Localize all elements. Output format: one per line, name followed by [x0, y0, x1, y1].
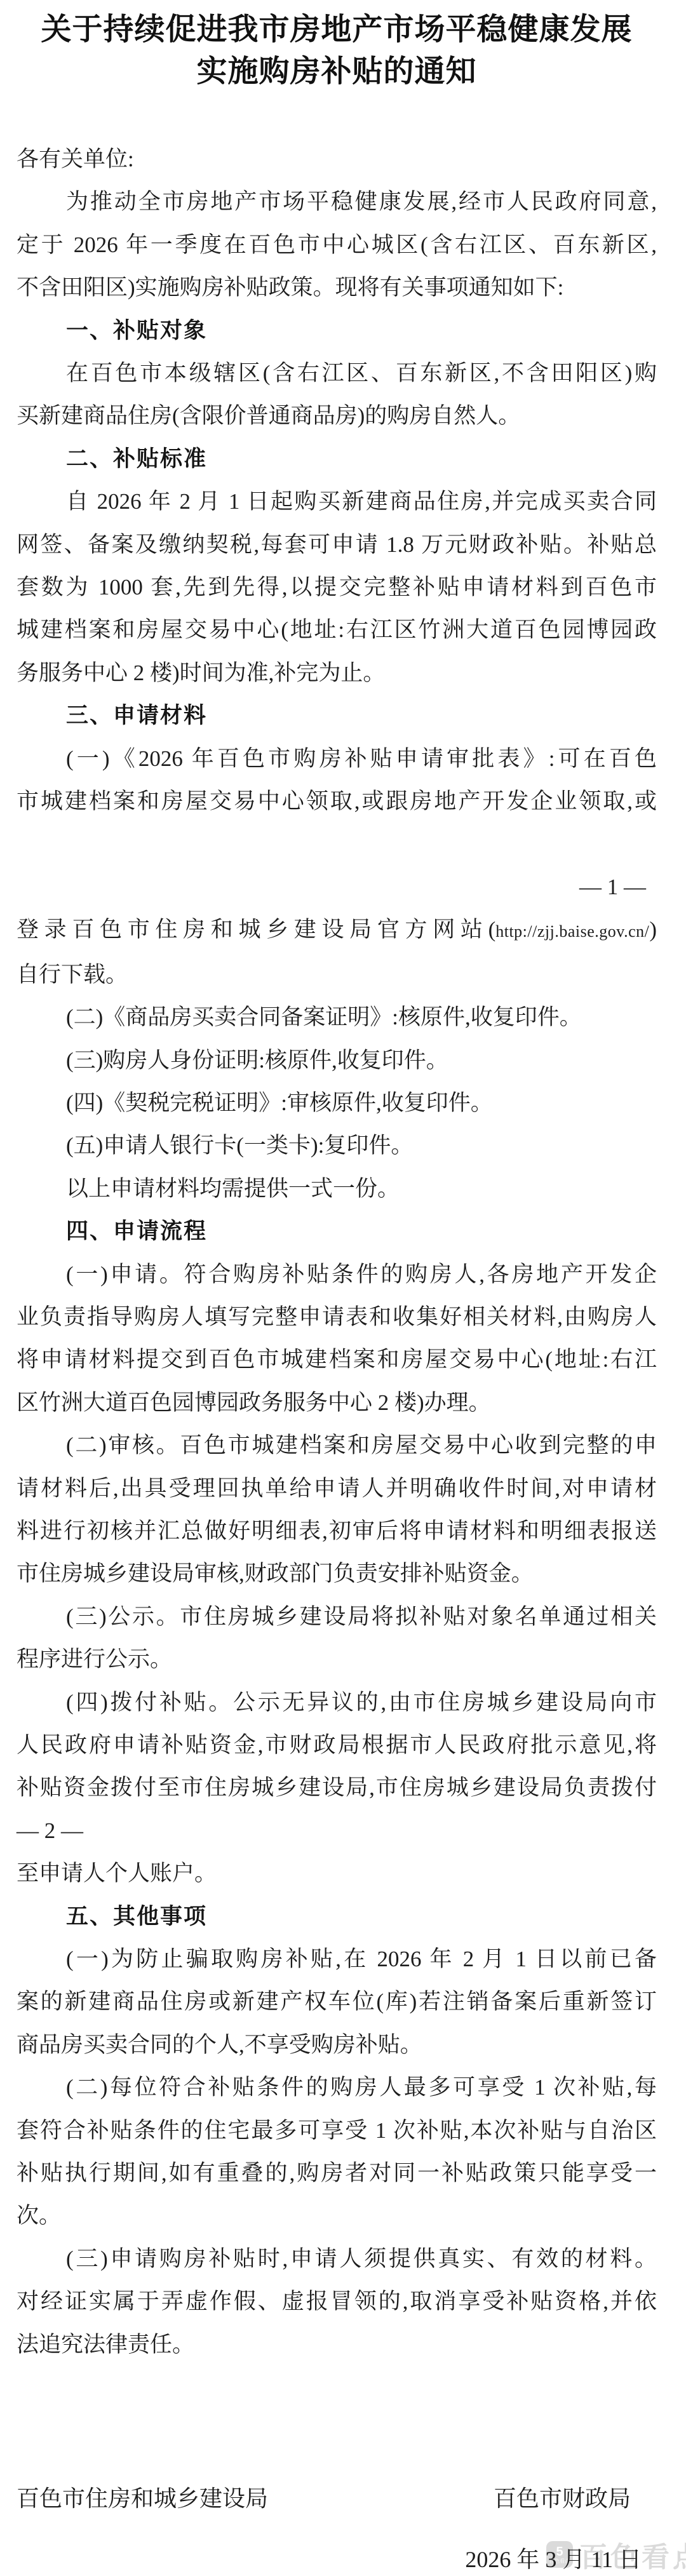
- document-content: 关于持续促进我市房地产市场平稳健康发展 实施购房补贴的通知 各有关单位: 为推动…: [0, 0, 686, 2576]
- doc-title: 关于持续促进我市房地产市场平稳健康发展 实施购房补贴的通知: [17, 9, 657, 93]
- body-line-download: 登录百色市住房和城乡建设局官方网站(http://zjj.baise.gov.c…: [17, 908, 657, 953]
- body-line: 补贴执行期间,如有重叠的,购房者对同一补贴政策只能享受一: [17, 2152, 657, 2194]
- download-line-pre: 登录百色市住房和城乡建设局官方网站(: [17, 917, 495, 942]
- body-line: 网签、备案及缴纳契税,每套可申请 1.8 万元财政补贴。补贴总: [17, 523, 657, 566]
- body-line: 自 2026 年 2 月 1 日起购买新建商品住房,并完成买卖合同: [17, 480, 657, 523]
- salutation-line: 各有关单位:: [17, 138, 657, 180]
- body-line: 业负责指导购房人填写完整申请表和收集好相关材料,由购房人: [17, 1296, 657, 1338]
- body-line: (二)每位符合补贴条件的购房人最多可享受 1 次补贴,每: [17, 2066, 657, 2109]
- body-line: 至申请人个人账户。: [17, 1852, 657, 1895]
- body-line: 套符合补贴条件的住宅最多可享受 1 次补贴,本次补贴与自治区: [17, 2109, 657, 2152]
- body-line: 区竹洲大道百色园博园政务服务中心 2 楼)办理。: [17, 1381, 657, 1424]
- body-line: 买新建商品住房(含限价普通商品房)的购房自然人。: [17, 394, 657, 437]
- body-line: (三)购房人身份证明:核原件,收复印件。: [17, 1039, 657, 1082]
- body-line: 不含田阳区)实施购房补贴政策。现将有关事项通知如下:: [17, 266, 657, 309]
- body-line: (一)《2026 年百色市购房补贴申请审批表》:可在百色: [17, 737, 657, 780]
- body-line: 将申请材料提交到百色市城建档案和房屋交易中心(地址:右江: [17, 1338, 657, 1381]
- body-line: 程序进行公示。: [17, 1638, 657, 1680]
- body-line: (一)申请。符合购房补贴条件的购房人,各房地产开发企: [17, 1253, 657, 1296]
- section-heading-4: 四、申请流程: [17, 1210, 657, 1252]
- body-line: 人民政府申请补贴资金,市财政局根据市人民政府批示意见,将: [17, 1724, 657, 1766]
- body-line: 请材料后,出具受理回执单给申请人并明确收件时间,对申请材: [17, 1467, 657, 1510]
- doc-body: 各有关单位: 为推动全市房地产市场平稳健康发展,经市人民政府同意, 定于 202…: [17, 138, 657, 2366]
- download-line-post: ): [649, 917, 657, 942]
- blank-line: [17, 823, 657, 866]
- body-line: (四)《契税完税证明》:审核原件,收复印件。: [17, 1082, 657, 1124]
- body-line: 商品房买卖合同的个人,不享受购房补贴。: [17, 2023, 657, 2066]
- doc-title-line1: 关于持续促进我市房地产市场平稳健康发展: [17, 9, 657, 51]
- body-line: (四)拨付补贴。公示无异议的,由市住房城乡建设局向市: [17, 1681, 657, 1724]
- issuer-housing-bureau: 百色市住房和城乡建设局: [17, 2478, 268, 2520]
- body-line: 市住房城乡建设局审核,财政部门负责安排补贴资金。: [17, 1552, 657, 1595]
- body-line: 务服务中心 2 楼)时间为准,补完为止。: [17, 652, 657, 694]
- signature-row: 百色市住房和城乡建设局 百色市财政局: [17, 2478, 657, 2520]
- body-line: (五)申请人银行卡(一类卡):复印件。: [17, 1124, 657, 1167]
- document-page: 5 百色看点 百色看点 关于持续促进我市房地产市场平稳健康发展 实施购房补贴的通…: [0, 0, 686, 2576]
- body-line: 城建档案和房屋交易中心(地址:右江区竹洲大道百色园博园政: [17, 608, 657, 651]
- body-line: (一)为防止骗取购房补贴,在 2026 年 2 月 1 日以前已备: [17, 1938, 657, 1980]
- body-line: (二)审核。百色市城建档案和房屋交易中心收到完整的申: [17, 1424, 657, 1466]
- doc-title-line2: 实施购房补贴的通知: [17, 51, 657, 93]
- body-line: (三)申请购房补贴时,申请人须提供真实、有效的材料。: [17, 2237, 657, 2280]
- body-line: (二)《商品房买卖合同备案证明》:核原件,收复印件。: [17, 996, 657, 1038]
- body-line: 在百色市本级辖区(含右江区、百东新区,不含田阳区)购: [17, 352, 657, 394]
- page-number-1: — 1 —: [17, 866, 657, 908]
- body-line: (三)公示。市住房城乡建设局将拟补贴对象名单通过相关: [17, 1595, 657, 1638]
- body-line: 以上申请材料均需提供一式一份。: [17, 1167, 657, 1210]
- section-heading-3: 三、申请材料: [17, 694, 657, 737]
- body-line: 对经证实属于弄虚作假、虚报冒领的,取消享受补贴资格,并依: [17, 2280, 657, 2323]
- section-heading-2: 二、补贴标准: [17, 438, 657, 480]
- section-heading-5: 五、其他事项: [17, 1895, 657, 1938]
- body-line: 定于 2026 年一季度在百色市中心城区(含右江区、百东新区,: [17, 224, 657, 266]
- body-line: 市城建档案和房屋交易中心领取,或跟房地产开发企业领取,或: [17, 780, 657, 822]
- body-line: 为推动全市房地产市场平稳健康发展,经市人民政府同意,: [17, 180, 657, 223]
- body-line: 次。: [17, 2194, 657, 2237]
- body-line: 补贴资金拨付至市住房城乡建设局,市住房城乡建设局负责拨付: [17, 1766, 657, 1809]
- body-line: 法追究法律责任。: [17, 2323, 657, 2366]
- body-line: 料进行初核并汇总做好明细表,初审后将申请材料和明细表报送: [17, 1510, 657, 1552]
- download-url: http://zjj.baise.gov.cn/: [495, 922, 649, 941]
- body-line: 套数为 1000 套,先到先得,以提交完整补贴申请材料到百色市: [17, 566, 657, 608]
- issuer-finance-bureau: 百色市财政局: [494, 2478, 631, 2520]
- body-line: 案的新建商品住房或新建产权车位(库)若注销备案后重新签订: [17, 1980, 657, 2023]
- page-number-2: — 2 —: [17, 1809, 657, 1852]
- issue-date: 2026 年 3 月 11 日: [17, 2539, 657, 2576]
- section-heading-1: 一、补贴对象: [17, 309, 657, 352]
- body-line: 自行下载。: [17, 953, 657, 996]
